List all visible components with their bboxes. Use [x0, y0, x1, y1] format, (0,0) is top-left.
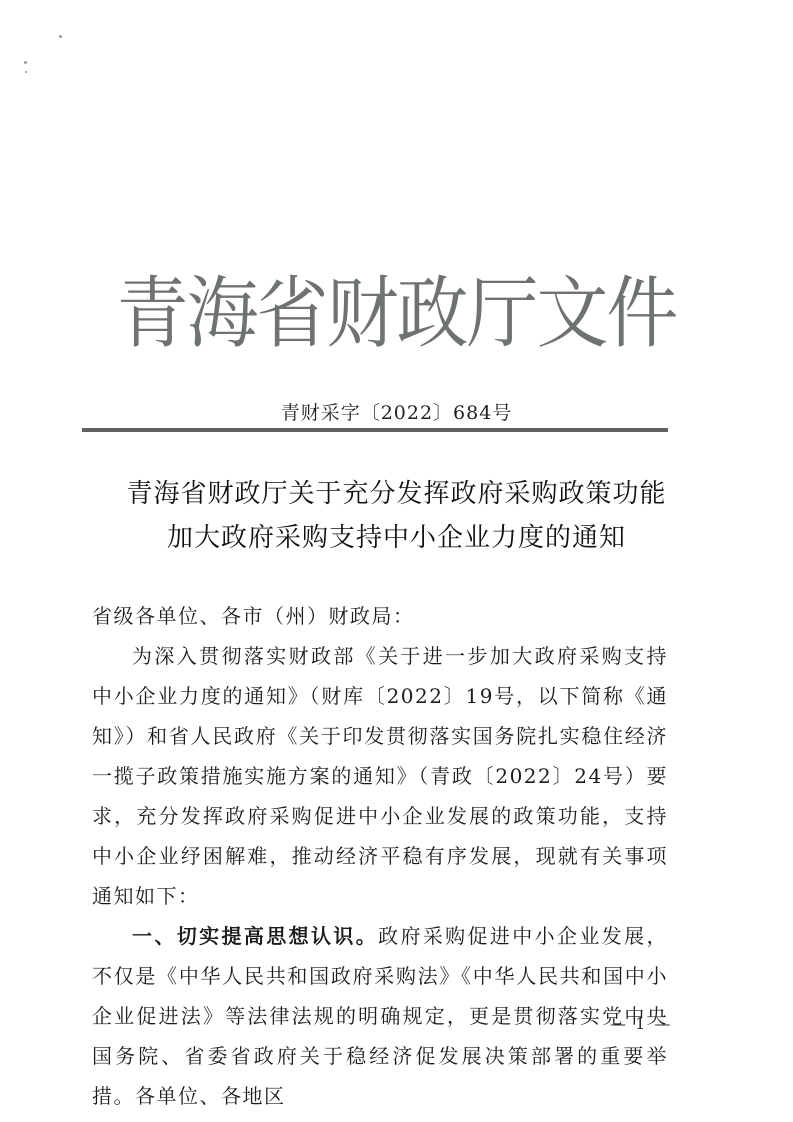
- scan-speck: [24, 61, 27, 64]
- title-line-1: 青海省财政厅关于充分发挥政府采购政策功能: [0, 472, 793, 516]
- document-number: 青财采字〔2022〕684号: [0, 398, 793, 425]
- page-number: — 1 —: [610, 1014, 672, 1033]
- paragraph-section-1: 一、切实提高思想认识。政府采购促进中小企业发展，不仅是《中华人民共和国政府采购法…: [92, 916, 668, 1116]
- scan-speck: [25, 71, 27, 73]
- document-masthead: 青海省财政厅文件: [0, 264, 793, 361]
- salutation: 省级各单位、各市（州）财政局：: [92, 596, 668, 636]
- title-line-2: 加大政府采购支持中小企业力度的通知: [0, 516, 793, 560]
- paragraph-intro: 为深入贯彻落实财政部《关于进一步加大政府采购支持中小企业力度的通知》（财库〔20…: [92, 636, 668, 916]
- header-divider: [82, 428, 668, 432]
- document-title: 青海省财政厅关于充分发挥政府采购政策功能 加大政府采购支持中小企业力度的通知: [0, 472, 793, 560]
- scan-speck: [59, 35, 62, 38]
- section-1-text: 政府采购促进中小企业发展，不仅是《中华人民共和国政府采购法》《中华人民共和国中小…: [92, 924, 668, 1108]
- section-1-heading: 一、切实提高思想认识。: [132, 924, 378, 948]
- document-body: 省级各单位、各市（州）财政局： 为深入贯彻落实财政部《关于进一步加大政府采购支持…: [92, 596, 668, 1116]
